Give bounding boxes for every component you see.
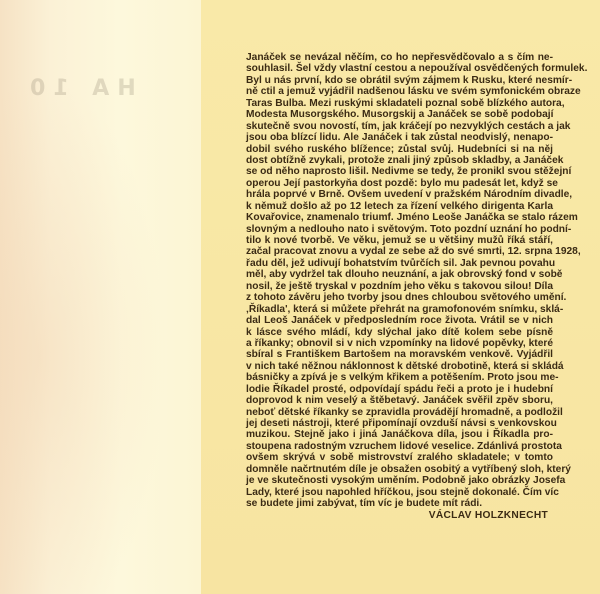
text-line: doprovod k nim veselý a štěbetavý. Janáč… bbox=[246, 395, 553, 406]
text-line: skutečně svou novostí, tím, jak kráčejí … bbox=[246, 121, 553, 132]
text-line: básničky a zpívá je s velkým křikem a po… bbox=[246, 372, 553, 383]
text-line: Modesta Musorgského. Musorgskij a Janáče… bbox=[246, 109, 553, 120]
text-line: Janáček se nevázal něčím, co ho nepřesvě… bbox=[246, 52, 553, 63]
text-line: neboť dětské říkanky se zpravidla provád… bbox=[246, 407, 553, 418]
text-line: Taras Bulba. Mezi ruskými skladateli poz… bbox=[246, 98, 553, 109]
text-line: jsou oba blízcí lidu. Ale Janáček i tak … bbox=[246, 132, 553, 143]
bleed-through-text: HA 10 bbox=[22, 76, 136, 101]
text-line: muzikou. Stejně jako i jiná Janáčkova dí… bbox=[246, 429, 553, 440]
text-line: ovšem skrývá v sobě mistrovství zralého … bbox=[246, 452, 553, 463]
text-line: hrála poprvé v Brně. Ovšem uvedení v pra… bbox=[246, 189, 553, 200]
text-line: k lásce svého mládí, kdy slýchal jako dí… bbox=[246, 327, 553, 338]
text-line: tilo k nové tvorbě. Ve věku, jemuž se u … bbox=[246, 235, 553, 246]
text-line: z tohoto závěru jeho tvorby jsou dnes ch… bbox=[246, 292, 553, 303]
text-line: měl, aby vydržel tak dlouho neuznání, a … bbox=[246, 269, 553, 280]
text-line: dal Leoš Janáček v předposledním roce ži… bbox=[246, 315, 553, 326]
text-line: ‚Říkadla', která si můžete přehrát na gr… bbox=[246, 304, 553, 315]
article-text: Janáček se nevázal něčím, co ho nepřesvě… bbox=[246, 52, 553, 521]
text-line: ně ctil a jemuž vyjádřil nadšenou lásku … bbox=[246, 86, 553, 97]
text-line: sbíral s Františkem Bartošem na moravské… bbox=[246, 349, 553, 360]
text-line: domněle načrtnutém díle je obsažen osobi… bbox=[246, 464, 553, 475]
text-line: řadu děl, jež udivují bohatstvím tvůrčíc… bbox=[246, 258, 553, 269]
author-signature: VÁCLAV HOLZKNECHT bbox=[246, 510, 553, 521]
text-line: slovným a nedlouho nato i světovým. Toto… bbox=[246, 224, 553, 235]
text-line: začal pracovat znovu a vydal ze sebe až … bbox=[246, 246, 553, 257]
text-line: je ve skutečnosti vysokým uměním. Podobn… bbox=[246, 475, 553, 486]
text-line: nosil, že ještě tryskal v pozdním jeho v… bbox=[246, 281, 553, 292]
text-line: Byl u nás první, kdo se obrátil svým záj… bbox=[246, 75, 553, 86]
text-line: se od něho naprosto lišil. Nedivme se te… bbox=[246, 166, 553, 177]
text-line: Lady, které jsou napohled hříčkou, jsou … bbox=[246, 487, 553, 498]
left-page: HA 10 bbox=[0, 0, 201, 594]
text-line: operou Její pastorkyňa dost pozdě: bylo … bbox=[246, 178, 553, 189]
text-line: a říkanky; obnovil si v nich vzpomínky n… bbox=[246, 338, 553, 349]
text-line: v nich také něžnou náklonnost k dětské d… bbox=[246, 361, 553, 372]
text-line: jej deseti nástroji, které připomínají o… bbox=[246, 418, 553, 429]
text-line: souhlasil. Šel vždy vlastní cestou a nep… bbox=[246, 63, 553, 74]
text-line: k němuž došlo až po 12 letech za řízení … bbox=[246, 201, 553, 212]
text-line: dobil svého ruského blížence; zůstal svů… bbox=[246, 144, 553, 155]
text-line: Kovařovice, znamenalo triumf. Jméno Leoš… bbox=[246, 212, 553, 223]
text-line: lodie Říkadel prosté, odpovídají spádu ř… bbox=[246, 384, 553, 395]
text-line: dost obtížně zvykali, protože znali jiný… bbox=[246, 155, 553, 166]
text-line: se budete jimi zabývat, tím víc je budet… bbox=[246, 498, 553, 509]
text-line: stoupena radostným vzruchem lidové vesel… bbox=[246, 441, 553, 452]
